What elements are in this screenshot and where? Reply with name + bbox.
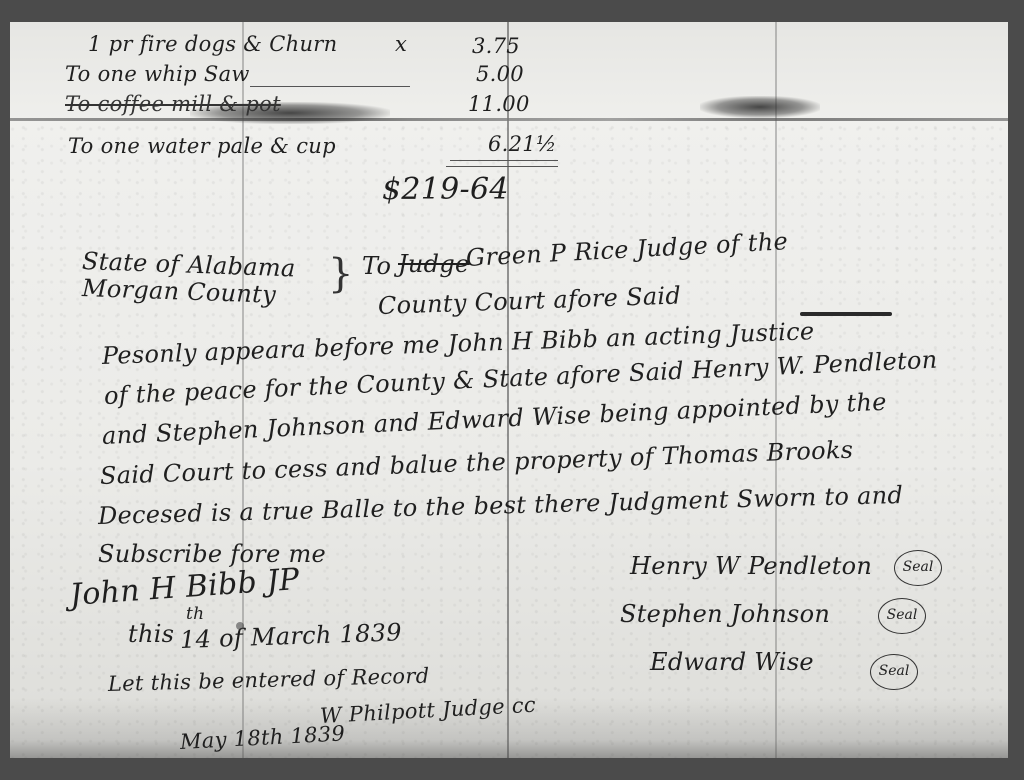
- inventory-total: $219-64: [382, 172, 509, 207]
- justice-signature: John H Bibb JP: [69, 562, 301, 613]
- seal-mark: Seal: [870, 654, 918, 690]
- appraiser-signature: Stephen Johnson: [620, 600, 830, 628]
- document-page: 1 pr fire dogs & Churn x 3.75 To one whi…: [10, 22, 1008, 758]
- inventory-item-label: To one whip Saw: [65, 62, 250, 86]
- total-rule: [446, 166, 558, 167]
- inventory-item-label: To coffee mill & pot: [65, 92, 281, 116]
- appraiser-signature: Edward Wise: [650, 648, 814, 676]
- ink-blot: [700, 96, 820, 118]
- inventory-item-amount: 5.00: [476, 62, 524, 86]
- ink-spot: [236, 622, 244, 630]
- total-rule: [450, 160, 558, 161]
- address-to: To: [362, 252, 391, 280]
- inventory-item-amount: 3.75: [472, 34, 520, 58]
- appraiser-signature: Henry W Pendleton: [630, 552, 872, 580]
- attestation-date: 14 of March 1839: [180, 618, 403, 654]
- address-line2: County Court afore Said: [378, 281, 682, 320]
- scan-frame: 1 pr fire dogs & Churn x 3.75 To one whi…: [0, 0, 1024, 780]
- date-ordinal: th: [186, 604, 204, 624]
- body-line: Decesed is a true Balle to the best ther…: [98, 481, 904, 530]
- inventory-item-label: 1 pr fire dogs & Churn: [88, 32, 337, 56]
- recording-order: Let this be entered of Record: [108, 664, 430, 696]
- date-prefix: this: [128, 620, 174, 648]
- seal-mark: Seal: [894, 550, 942, 586]
- flourish-rule: [800, 312, 892, 316]
- dash-rule: [250, 86, 410, 87]
- address-struck: Judge: [398, 250, 470, 278]
- venue-county: Morgan County: [82, 274, 277, 309]
- inventory-item-amount: 6.21½: [488, 132, 557, 156]
- inventory-item-label: To one water pale & cup: [68, 134, 336, 158]
- inventory-item-amount: 11.00: [468, 92, 530, 116]
- addressee: Green P Rice Judge of the: [465, 227, 788, 272]
- brace: }: [328, 254, 353, 294]
- seal-mark: Seal: [878, 598, 926, 634]
- inventory-item-mark: x: [395, 32, 407, 56]
- horizontal-fold: [10, 118, 1008, 121]
